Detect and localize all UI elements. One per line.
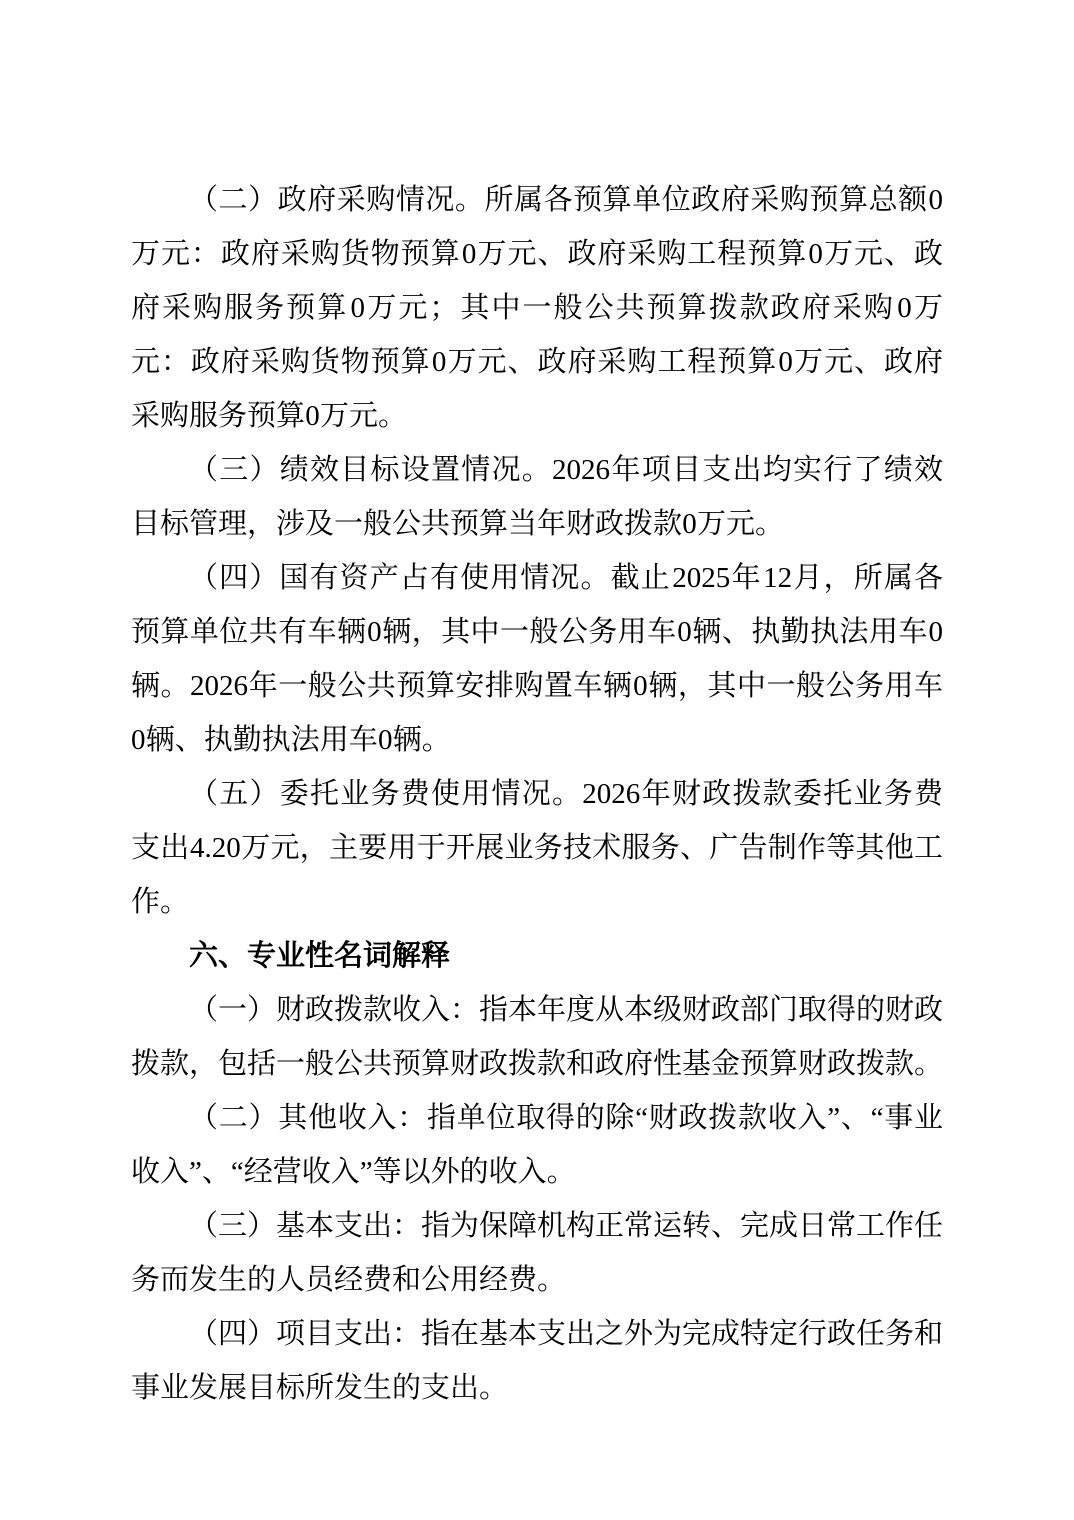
paragraph-gov-procurement: （二）政府采购情况。所属各预算单位政府采购预算总额 0 万元：政府采购货物预算 … — [131, 173, 943, 443]
paragraph-def-basic-expenditure: （三）基本支出：指为保障机构正常运转、完成日常工作任务而发生的人员经费和公用经费… — [131, 1199, 943, 1307]
document-body: （二）政府采购情况。所属各预算单位政府采购预算总额 0 万元：政府采购货物预算 … — [131, 173, 943, 1415]
paragraph-def-other-income: （二）其他收入：指单位取得的除“财政拨款收入”、“事业收入”、“经营收入”等以外… — [131, 1091, 943, 1199]
paragraph-state-assets: （四）国有资产占有使用情况。截止 2025 年 12 月，所属各预算单位共有车辆… — [131, 551, 943, 767]
paragraph-def-fiscal-appropriation-income: （一）财政拨款收入：指本年度从本级财政部门取得的财政拨款，包括一般公共预算财政拨… — [131, 983, 943, 1091]
paragraph-entrusted-business-fees: （五）委托业务费使用情况。2026 年财政拨款委托业务费支出 4.20 万元，主… — [131, 767, 943, 929]
section-heading-glossary: 六、专业性名词解释 — [131, 929, 943, 983]
paragraph-def-project-expenditure: （四）项目支出：指在基本支出之外为完成特定行政任务和事业发展目标所发生的支出。 — [131, 1307, 943, 1415]
document-page: （二）政府采购情况。所属各预算单位政府采购预算总额 0 万元：政府采购货物预算 … — [0, 0, 1074, 1520]
paragraph-performance-goals: （三）绩效目标设置情况。2026 年项目支出均实行了绩效目标管理，涉及一般公共预… — [131, 443, 943, 551]
